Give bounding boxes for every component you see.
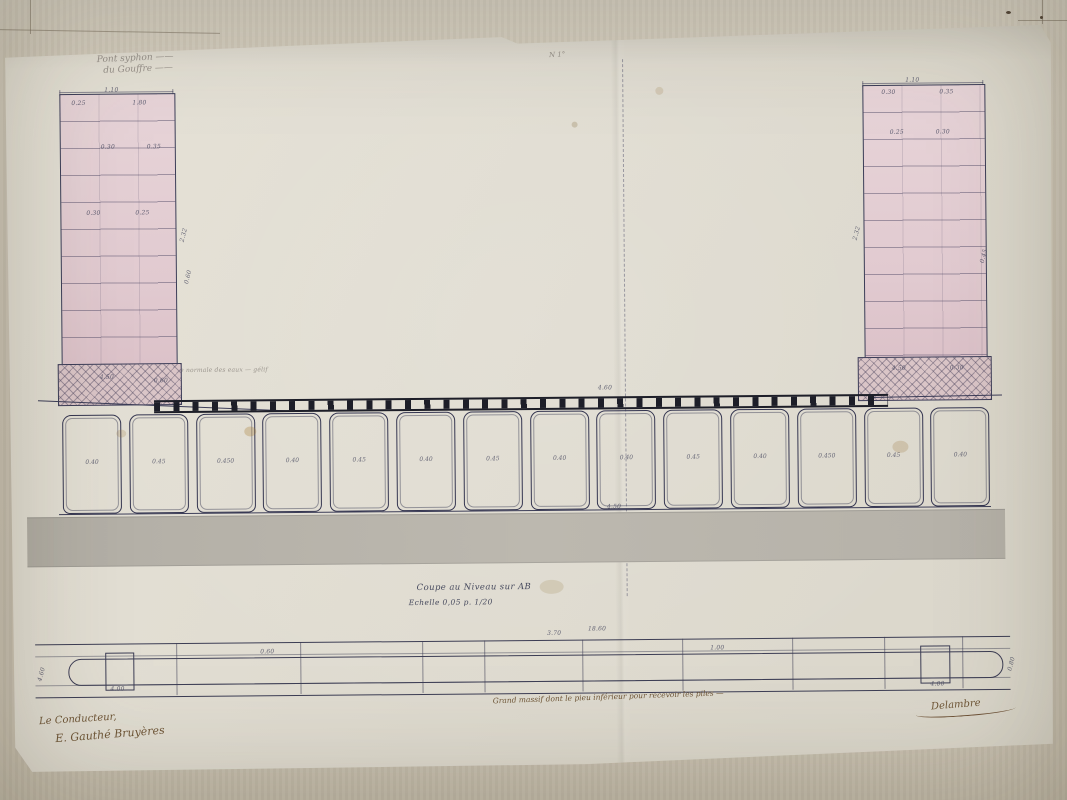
signature-left-name: E. Gauthé Bruyères (55, 724, 165, 746)
dimension-label: 0.25 (71, 100, 85, 107)
dimension-label: 2.32 (179, 227, 189, 242)
pile-panel: 0.40 (930, 407, 990, 507)
wood-speck (1006, 11, 1011, 14)
dimension-label: 0.25 (890, 129, 904, 136)
plan-pier-footing-right (920, 645, 950, 683)
pile-panel-label: 0.40 (264, 457, 321, 464)
dimension-label: 0.60 (260, 648, 274, 655)
pile-panel: 0.40 (396, 412, 456, 512)
dimension-label: 0.30 (936, 128, 950, 135)
pile-panel-label: 0.45 (130, 458, 187, 465)
pile-panel-label: 0.40 (531, 454, 588, 461)
dimension-label: 3.70 (547, 630, 561, 637)
caption-scale: Echelle 0,05 p. 1/20 (409, 597, 493, 607)
dimension-label: 0.30 (950, 364, 964, 371)
dimension-label: 1.10 (905, 77, 919, 84)
pile-panel: 0.450 (797, 408, 857, 508)
pile-panel-label: 0.45 (464, 455, 521, 462)
dimension-label: 4.60 (598, 384, 612, 391)
dimension-label: 18.60 (588, 625, 606, 632)
pile-panel-label: 0.40 (731, 452, 788, 459)
pile-panel: 0.45 (663, 409, 723, 509)
dimension-label: 0.60 (183, 269, 193, 284)
dimension-label: 0.25 (135, 209, 149, 216)
caption-view-title: Coupe au Niveau sur AB (417, 582, 532, 593)
pile-panel-label: 0.40 (397, 455, 454, 462)
pile-panel: 0.45 (463, 411, 523, 511)
dimension-label: 0.60 (154, 377, 168, 384)
dimension-label: 4.50 (607, 503, 621, 510)
left-pier-masonry (59, 93, 177, 366)
dimension-label: 4.00 (110, 686, 124, 693)
wood-plank-seam-left (30, 0, 31, 34)
dimension-label: 1.10 (104, 87, 118, 94)
pile-panel: 0.40 (62, 415, 122, 515)
dimension-label: 0.30 (881, 89, 895, 96)
dimension-label: 0.35 (147, 143, 161, 150)
signature-left-role: Le Conducteur, (39, 712, 117, 728)
wood-plank-seam-top-left (0, 29, 220, 34)
pile-panel-label: 0.450 (798, 452, 855, 459)
pile-panel: 0.40 (530, 410, 590, 510)
dimension-label: 2.32 (852, 225, 862, 240)
pile-panel: 0.45 (129, 414, 189, 514)
pile-panel-label: 0.45 (665, 453, 722, 460)
stain (540, 580, 564, 594)
pile-panel: 0.45 (329, 412, 389, 512)
drawing-sheet: Pont syphon —— du Gouffre —— N 1° ligne … (5, 23, 1057, 773)
pile-panel: 0.40 (730, 409, 790, 509)
wood-plank-seam-right (1042, 0, 1043, 24)
dimension-label: 0.30 (101, 144, 115, 151)
stain (572, 122, 578, 128)
pile-panel-label: 0.40 (932, 451, 989, 458)
pile-panel-label: 0.40 (64, 458, 121, 465)
dimension-label: 1.80 (132, 99, 146, 106)
right-pier-masonry (862, 84, 987, 359)
wood-speck (1040, 16, 1043, 19)
gray-wash-band (27, 509, 1005, 568)
water-level-note: ligne normale des eaux — gélif (168, 366, 268, 374)
pile-panel: 0.40 (263, 413, 323, 513)
dimension-label: 0.30 (86, 210, 100, 217)
dimension-label: 1.00 (710, 644, 724, 651)
pencil-title-line2: du Gouffre —— (103, 63, 174, 77)
dimension-label: 4.50 (100, 374, 114, 381)
pile-panel: 0.40 (596, 410, 656, 510)
pile-panel: 0.45 (864, 408, 924, 508)
stain (655, 87, 663, 95)
pencil-corner-mark: N 1° (549, 49, 566, 61)
photo-of-drawing: { "colors": { "ink": "#3c3d58", "pink_wa… (0, 0, 1067, 800)
pencil-title: Pont syphon —— du Gouffre —— (97, 52, 175, 77)
pile-panel-label: 0.45 (865, 451, 922, 458)
pile-panel-label: 0.45 (331, 456, 388, 463)
dimension-label: 4.50 (892, 365, 906, 372)
dimension-label: 0.35 (939, 88, 953, 95)
pile-panel: 0.450 (196, 413, 256, 513)
pile-panel-label: 0.450 (197, 457, 254, 464)
dimension-label: 4.00 (930, 680, 944, 687)
pile-panel-label: 0.40 (598, 454, 655, 461)
